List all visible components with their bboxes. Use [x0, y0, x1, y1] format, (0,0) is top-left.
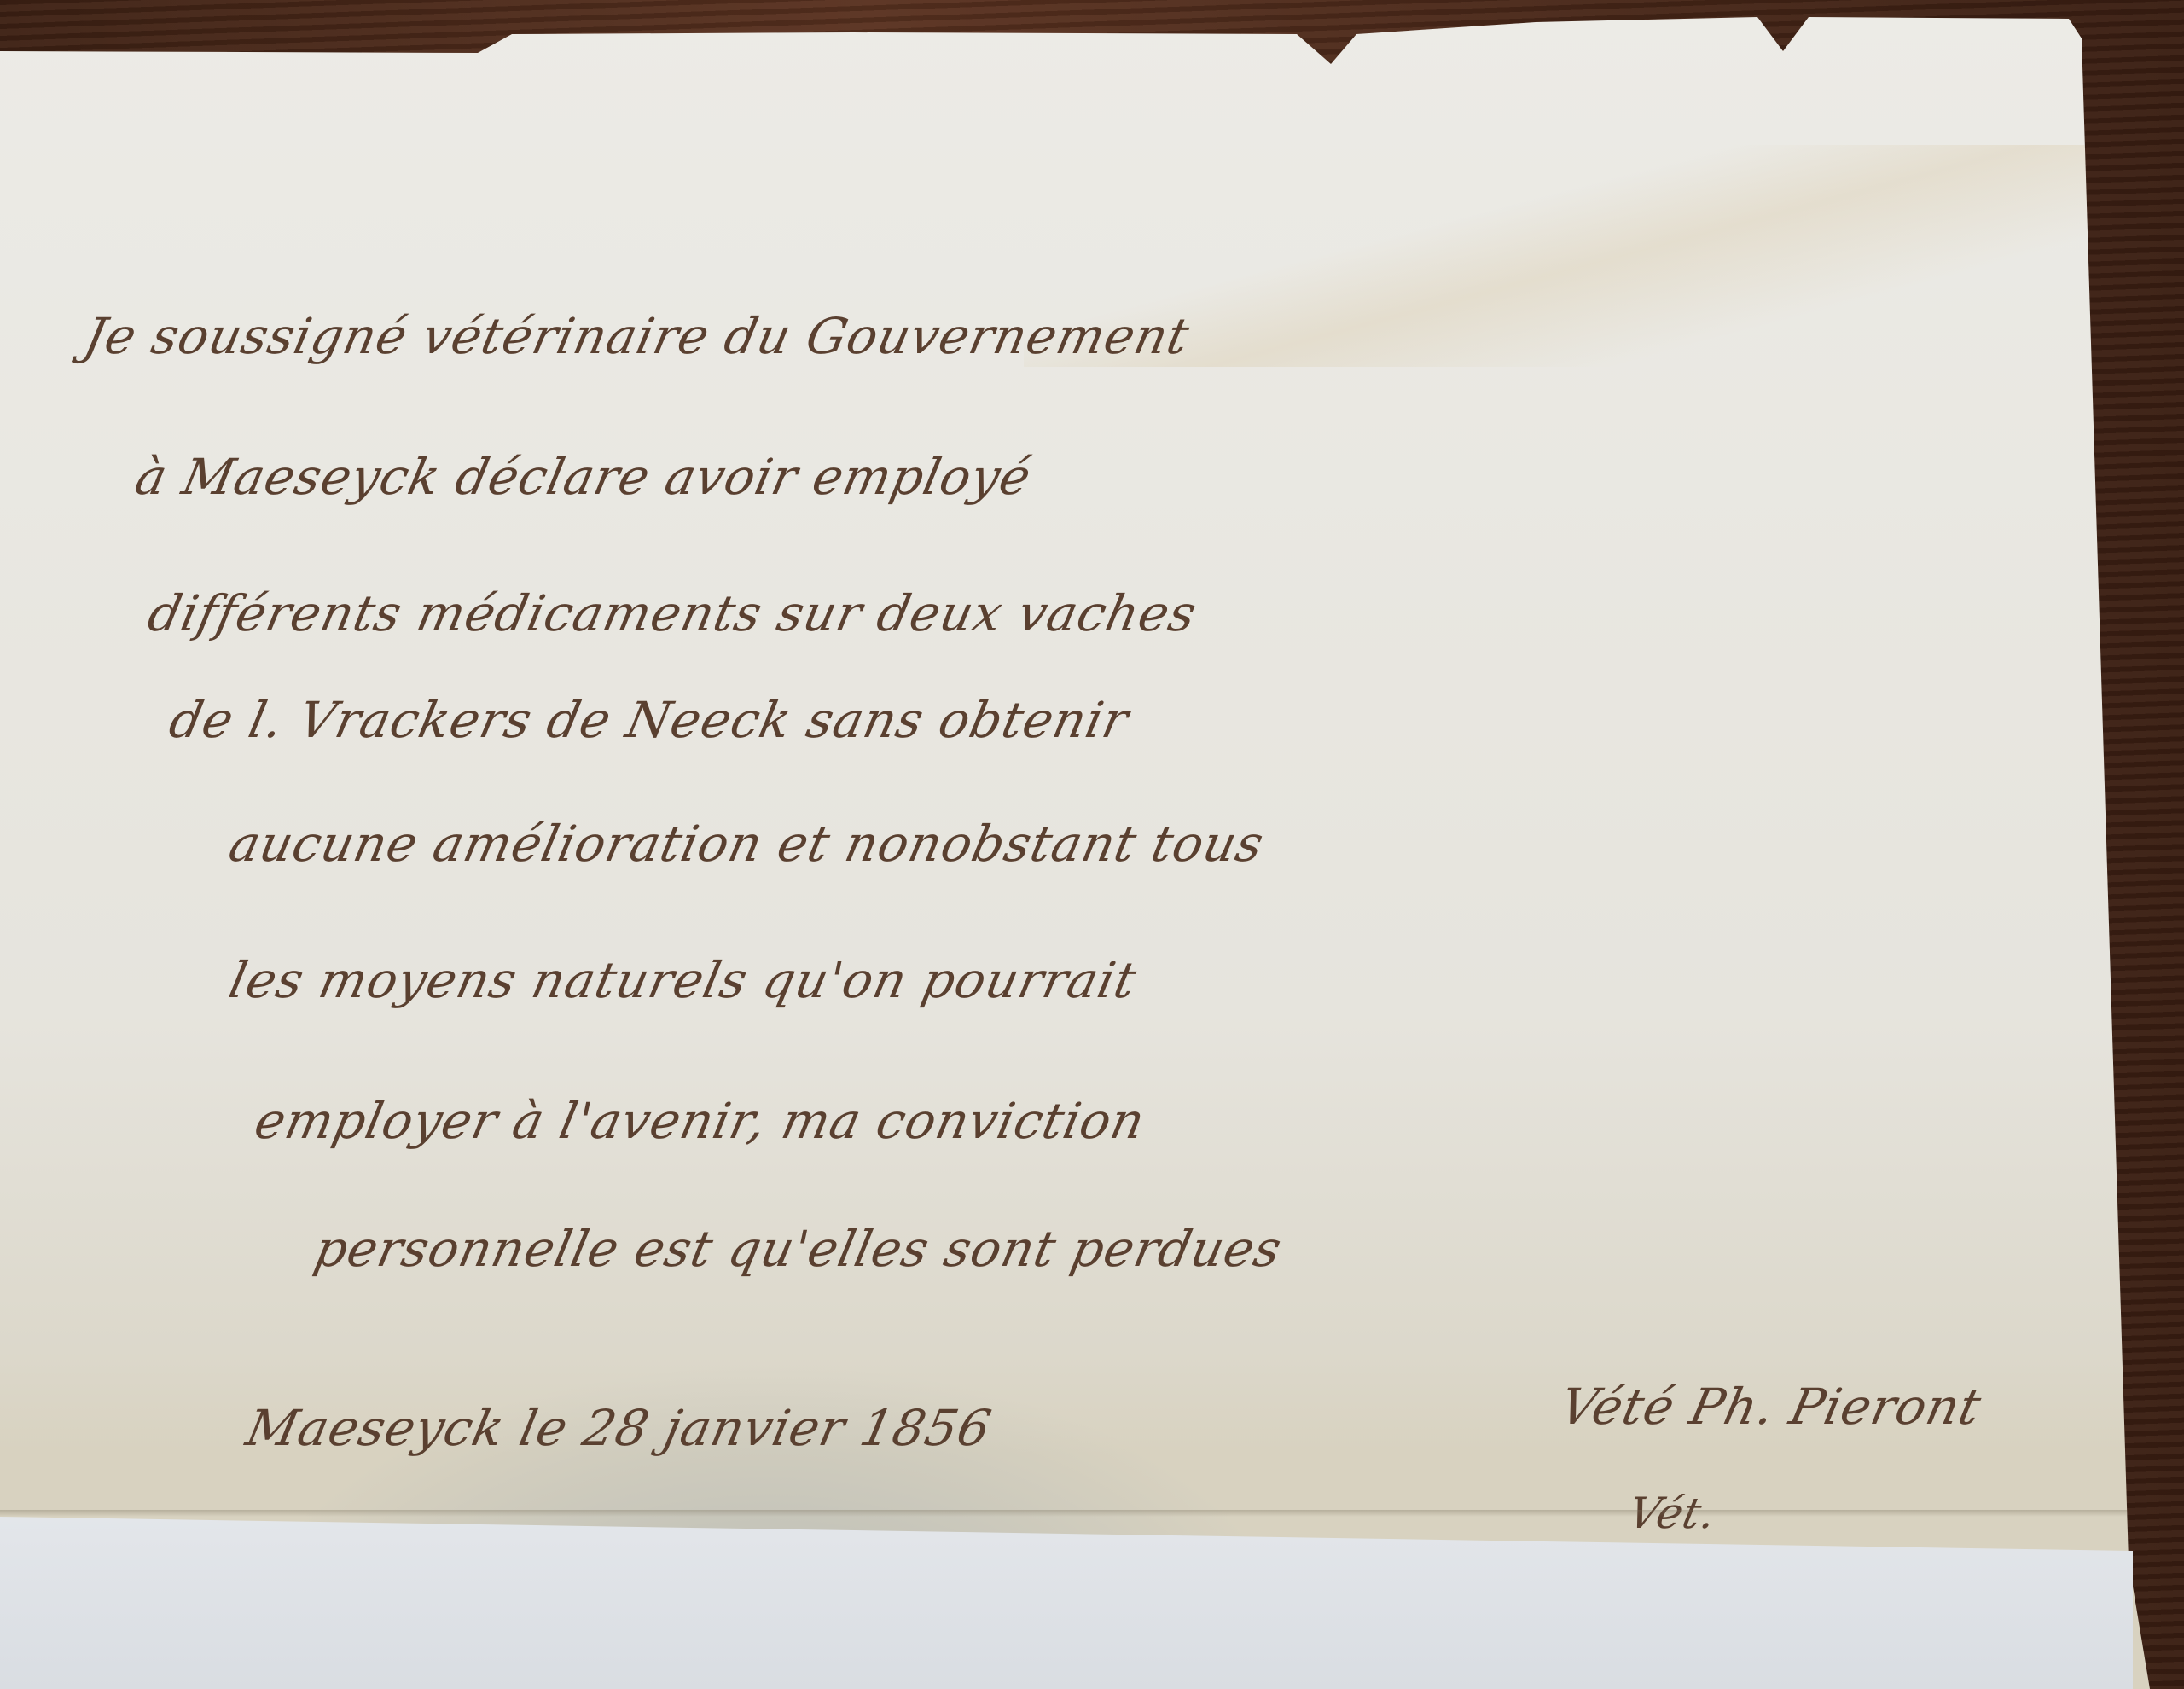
place-date: Maeseyck le 28 janvier 1856	[241, 1399, 997, 1457]
letter-line: personnelle est qu'elles sont perdues	[310, 1220, 1287, 1278]
letter-line: les moyens naturels qu'on pourrait	[224, 951, 1142, 1009]
letter-line: à Maeseyck déclare avoir employé	[131, 448, 1037, 506]
letter-line: aucune amélioration et nonobstant tous	[224, 815, 1269, 873]
letter-paper: Je soussigné vétérinaire du Gouvernement…	[0, 0, 2150, 1689]
signature-name: Ph. Pieront	[1685, 1378, 1987, 1436]
letter-line: de l. Vrackers de Neeck sans obtenir	[165, 691, 1134, 749]
water-stain	[1024, 145, 2184, 367]
signature: Vété Ph. Pieront	[1555, 1378, 1987, 1436]
letter-line: Je soussigné vétérinaire du Gouvernement	[79, 307, 1195, 365]
letter-line: employer à l'avenir, ma conviction	[250, 1092, 1151, 1150]
letter-line: différents médicaments sur deux vaches	[143, 584, 1202, 642]
signature-prefix: Vété	[1555, 1378, 1681, 1436]
fold-crease	[0, 1510, 2150, 1517]
